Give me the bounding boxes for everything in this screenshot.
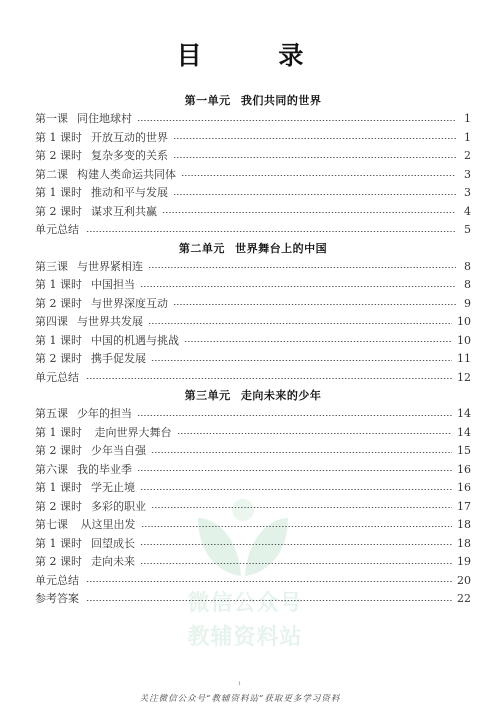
unit-heading: 第二单元 世界舞台上的中国 bbox=[35, 240, 471, 258]
dot-leader bbox=[173, 157, 456, 158]
page-number: 1 bbox=[238, 681, 241, 687]
toc-entry[interactable]: 单元总结12 bbox=[35, 369, 471, 388]
entry-label: 少年当自强 bbox=[82, 442, 146, 461]
unit-heading: 第三单元 走向未来的少年 bbox=[35, 387, 471, 405]
dot-leader bbox=[173, 194, 456, 195]
entry-number: 第四课 bbox=[35, 313, 68, 332]
entry-label: 与世界紧相连 bbox=[68, 258, 143, 277]
entry-number: 第七课 bbox=[35, 516, 68, 535]
entry-label: 复杂多变的关系 bbox=[82, 147, 168, 166]
entry-number: 第一课 bbox=[35, 110, 68, 129]
entry-label: 开放互动的世界 bbox=[82, 129, 168, 148]
entry-page: 1 bbox=[461, 129, 471, 148]
entry-page: 20 bbox=[457, 572, 471, 591]
entry-number: 第六课 bbox=[35, 461, 68, 480]
toc-entry[interactable]: 第二课 构建人类命运共同体3 bbox=[35, 166, 471, 185]
toc-title: 目 录 bbox=[0, 36, 480, 72]
unit-heading: 第一单元 我们共同的世界 bbox=[35, 92, 471, 110]
watermark-line-2: 教辅资料站 bbox=[175, 620, 315, 651]
entry-number: 第 1 课时 bbox=[35, 479, 82, 498]
entry-number: 第 2 课时 bbox=[35, 350, 82, 369]
toc-entry[interactable]: 第 1 课时 学无止境16 bbox=[35, 479, 471, 498]
entry-label: 从这里出发 bbox=[68, 516, 136, 535]
entry-page: 14 bbox=[457, 405, 471, 424]
entry-page: 14 bbox=[457, 424, 471, 443]
dot-leader bbox=[86, 231, 456, 232]
footer-note: 关注微信公众号“教辅资料站”获取更多学习资料 bbox=[0, 692, 480, 704]
entry-page: 8 bbox=[461, 258, 471, 277]
entry-number: 单元总结 bbox=[35, 572, 79, 591]
toc-entry[interactable]: 第 1 课时 中国的机遇与挑战10 bbox=[35, 332, 471, 351]
dot-leader bbox=[140, 286, 456, 287]
dot-leader bbox=[173, 304, 456, 305]
entry-page: 4 bbox=[461, 203, 471, 222]
toc-entry[interactable]: 第 1 课时 走向世界大舞台14 bbox=[35, 424, 471, 443]
dot-leader bbox=[140, 563, 452, 564]
entry-page: 3 bbox=[461, 166, 471, 185]
entry-page: 17 bbox=[457, 498, 471, 517]
toc-entry[interactable]: 第 2 课时 多彩的职业17 bbox=[35, 498, 471, 517]
entry-number: 第 2 课时 bbox=[35, 498, 82, 517]
entry-number: 第 2 课时 bbox=[35, 147, 82, 166]
entry-page: 15 bbox=[457, 442, 471, 461]
dot-leader bbox=[177, 433, 453, 434]
entry-label: 中国担当 bbox=[82, 276, 135, 295]
toc-entry[interactable]: 第 2 课时 携手促发展11 bbox=[35, 350, 471, 369]
entry-page: 12 bbox=[457, 369, 471, 388]
toc-entry[interactable]: 单元总结5 bbox=[35, 221, 471, 240]
entry-page: 19 bbox=[457, 553, 471, 572]
entry-page: 16 bbox=[457, 461, 471, 480]
entry-page: 18 bbox=[457, 535, 471, 554]
entry-page: 10 bbox=[457, 313, 471, 332]
entry-label: 中国的机遇与挑战 bbox=[82, 332, 179, 351]
entry-label: 推动和平与发展 bbox=[82, 184, 168, 203]
entry-page: 11 bbox=[457, 350, 471, 369]
entry-page: 1 bbox=[461, 110, 471, 129]
entry-number: 第 1 课时 bbox=[35, 424, 82, 443]
dot-leader bbox=[137, 470, 452, 471]
table-of-contents: 第一单元 我们共同的世界 第一课 同住地球村1 第 1 课时 开放互动的世界1 … bbox=[35, 92, 471, 609]
entry-number: 第 1 课时 bbox=[35, 332, 82, 351]
entry-label: 我的毕业季 bbox=[68, 461, 132, 480]
toc-entry[interactable]: 参考答案22 bbox=[35, 590, 471, 609]
entry-number: 第五课 bbox=[35, 405, 68, 424]
toc-entry[interactable]: 第 2 课时 少年当自强15 bbox=[35, 442, 471, 461]
toc-entry[interactable]: 第五课 少年的担当14 bbox=[35, 405, 471, 424]
entry-label: 谋求互利共赢 bbox=[82, 203, 157, 222]
entry-number: 第 2 课时 bbox=[35, 203, 82, 222]
entry-number: 第 1 课时 bbox=[35, 184, 82, 203]
entry-label: 携手促发展 bbox=[82, 350, 146, 369]
toc-entry[interactable]: 第 1 课时 推动和平与发展3 bbox=[35, 184, 471, 203]
entry-label: 走向世界大舞台 bbox=[82, 424, 172, 443]
entry-page: 3 bbox=[461, 184, 471, 203]
dot-leader bbox=[162, 212, 456, 213]
toc-entry[interactable]: 第 2 课时 复杂多变的关系2 bbox=[35, 147, 471, 166]
entry-label: 构建人类命运共同体 bbox=[68, 166, 176, 185]
toc-entry[interactable]: 第 2 课时 走向未来19 bbox=[35, 553, 471, 572]
entry-label: 与世界共发展 bbox=[68, 313, 143, 332]
entry-page: 22 bbox=[457, 590, 471, 609]
dot-leader bbox=[141, 526, 453, 527]
entry-page: 16 bbox=[457, 479, 471, 498]
dot-leader bbox=[86, 378, 452, 379]
dot-leader bbox=[184, 341, 452, 342]
toc-entry[interactable]: 第三课 与世界紧相连8 bbox=[35, 258, 471, 277]
entry-page: 2 bbox=[461, 147, 471, 166]
toc-entry[interactable]: 第 2 课时 谋求互利共赢4 bbox=[35, 203, 471, 222]
entry-page: 18 bbox=[457, 516, 471, 535]
dot-leader bbox=[148, 323, 452, 324]
dot-leader bbox=[173, 138, 456, 139]
entry-number: 第 2 课时 bbox=[35, 442, 82, 461]
entry-label: 少年的担当 bbox=[68, 405, 132, 424]
dot-leader bbox=[137, 120, 456, 121]
entry-number: 第 2 课时 bbox=[35, 295, 82, 314]
entry-page: 10 bbox=[457, 332, 471, 351]
toc-entry[interactable]: 第 2 课时 与世界深度互动9 bbox=[35, 295, 471, 314]
dot-leader bbox=[140, 544, 452, 545]
toc-entry[interactable]: 第一课 同住地球村1 bbox=[35, 110, 471, 129]
entry-label: 同住地球村 bbox=[68, 110, 132, 129]
dot-leader bbox=[148, 267, 456, 268]
dot-leader bbox=[151, 507, 452, 508]
entry-number: 第 1 课时 bbox=[35, 535, 82, 554]
entry-page: 5 bbox=[461, 221, 471, 240]
dot-leader bbox=[86, 600, 452, 601]
entry-label: 多彩的职业 bbox=[82, 498, 146, 517]
toc-entry[interactable]: 单元总结20 bbox=[35, 572, 471, 591]
entry-label: 走向未来 bbox=[82, 553, 135, 572]
dot-leader bbox=[151, 360, 452, 361]
dot-leader bbox=[151, 452, 452, 453]
entry-page: 9 bbox=[461, 295, 471, 314]
toc-entry[interactable]: 第 1 课时 开放互动的世界1 bbox=[35, 129, 471, 148]
toc-entry[interactable]: 第 1 课时 中国担当8 bbox=[35, 276, 471, 295]
entry-number: 第二课 bbox=[35, 166, 68, 185]
dot-leader bbox=[137, 415, 452, 416]
dot-leader bbox=[140, 489, 452, 490]
toc-entry[interactable]: 第四课 与世界共发展10 bbox=[35, 313, 471, 332]
toc-entry[interactable]: 第七课 从这里出发18 bbox=[35, 516, 471, 535]
entry-number: 单元总结 bbox=[35, 221, 79, 240]
entry-label: 回望成长 bbox=[82, 535, 135, 554]
entry-number: 第 1 课时 bbox=[35, 276, 82, 295]
entry-number: 参考答案 bbox=[35, 590, 79, 609]
entry-number: 单元总结 bbox=[35, 369, 79, 388]
dot-leader bbox=[86, 581, 452, 582]
entry-number: 第 1 课时 bbox=[35, 129, 82, 148]
entry-number: 第三课 bbox=[35, 258, 68, 277]
dot-leader bbox=[181, 175, 456, 176]
toc-entry[interactable]: 第六课 我的毕业季16 bbox=[35, 461, 471, 480]
entry-number: 第 2 课时 bbox=[35, 553, 82, 572]
entry-label: 与世界深度互动 bbox=[82, 295, 168, 314]
entry-label: 学无止境 bbox=[82, 479, 135, 498]
entry-page: 8 bbox=[461, 276, 471, 295]
toc-entry[interactable]: 第 1 课时 回望成长18 bbox=[35, 535, 471, 554]
